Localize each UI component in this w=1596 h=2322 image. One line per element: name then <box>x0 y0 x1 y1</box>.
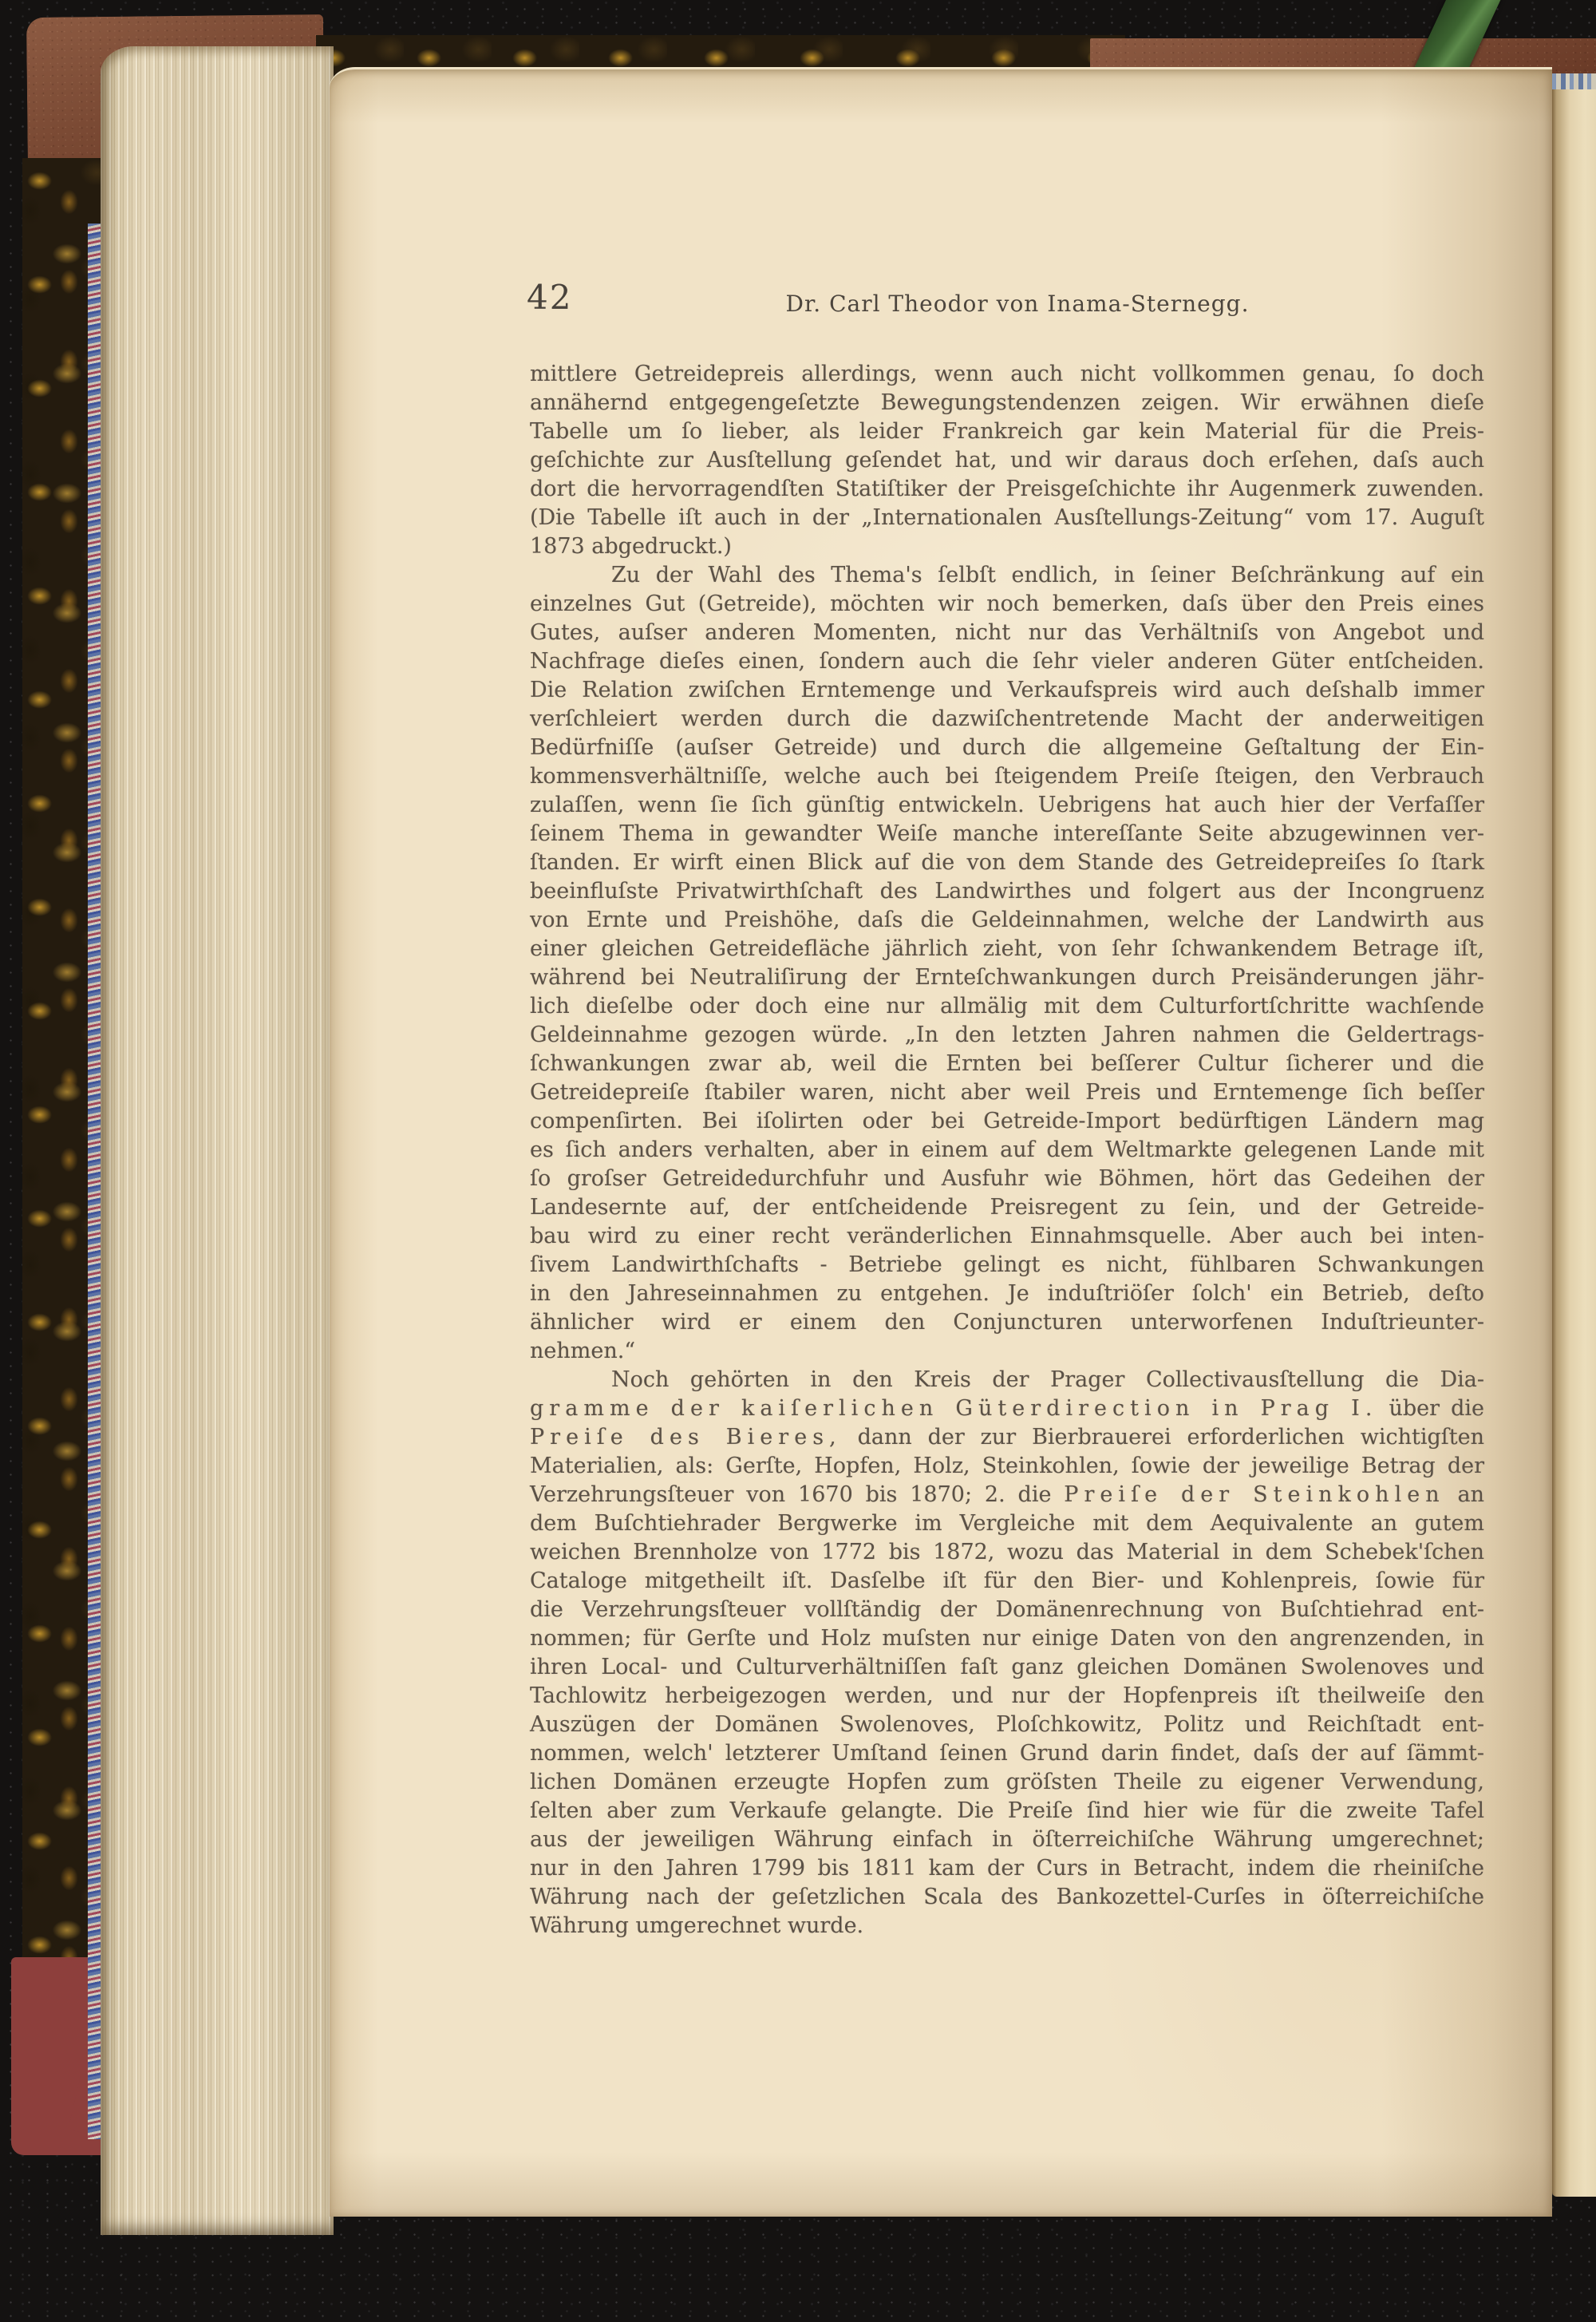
text-line: geſchichte zur Ausſtellung geſendet hat,… <box>530 446 1484 475</box>
text-line: Preiſe des Bieres, dann der zur Bierbrau… <box>530 1423 1484 1452</box>
text-line: weichen Brennholze von 1772 bis 1872, wo… <box>530 1538 1484 1567</box>
body-text: mittlere Getreidepreis allerdings, wenn … <box>530 360 1484 1940</box>
text-line: ähnlicher wird er einem den Conjuncturen… <box>530 1308 1484 1337</box>
text-line: Währung umgerechnet wurde. <box>530 1912 1484 1940</box>
text-line: Cataloge mitgetheilt iſt. Dasſelbe iſt f… <box>530 1567 1484 1596</box>
text-line: compenſirten. Bei iſolirten oder bei Get… <box>530 1107 1484 1136</box>
text-line: nommen; für Gerſte und Holz muſsten nur … <box>530 1624 1484 1653</box>
text-line: 1873 abgedruckt.) <box>530 532 1484 561</box>
text-line: aus der jeweiligen Währung einfach in öſ… <box>530 1826 1484 1854</box>
text-line: ſo groſser Getreidedurchfuhr und Ausfuhr… <box>530 1165 1484 1193</box>
text-segment: dann der zur Bierbrauerei erforderlichen… <box>842 1425 1484 1450</box>
text-line: zulaſſen, wenn ſie ſich günſtig entwicke… <box>530 791 1484 820</box>
text-line: dem Buſchtiehrader Bergwerke im Vergleic… <box>530 1509 1484 1538</box>
text-line: Auszügen der Domänen Swolenoves, Ploſchk… <box>530 1711 1484 1739</box>
text-line: ihren Local- und Culturverhältniſſen faſ… <box>530 1653 1484 1682</box>
text-line: nehmen.“ <box>530 1337 1484 1366</box>
text-line: kommensverhältniſſe, welche auch bei ſte… <box>530 762 1484 791</box>
text-line: einzelnes Gut (Getreide), möchten wir no… <box>530 590 1484 619</box>
text-line: lichen Domänen erzeugte Hopfen zum gröſs… <box>530 1768 1484 1797</box>
text-line: Währung nach der geſetzlichen Scala des … <box>530 1883 1484 1912</box>
running-header: Dr. Carl Theodor von Inama-Sternegg. <box>525 291 1483 317</box>
text-line: Geldeinnahme gezogen würde. „In den letz… <box>530 1021 1484 1050</box>
text-line: Tabelle um ſo lieber, als leider Frankre… <box>530 417 1484 446</box>
text-line: in den Jahreseinnahmen zu entgehen. Je i… <box>530 1280 1484 1308</box>
text-line: bau wird zu einer recht veränderlichen E… <box>530 1222 1484 1251</box>
text-segment: an <box>1445 1482 1484 1507</box>
text-line: Zu der Wahl des Thema's ſelbſt endlich, … <box>530 561 1484 590</box>
text-line: Bedürfniſſe (auſser Getreide) und durch … <box>530 734 1484 762</box>
text-line: Verzehrungsſteuer von 1670 bis 1870; 2. … <box>530 1481 1484 1509</box>
text-segment: über die <box>1377 1396 1484 1421</box>
text-line: beeinfluſste Privatwirthſchaft des Landw… <box>530 877 1484 906</box>
emphasized-spaced-text: Preiſe des Bieres, <box>530 1425 842 1450</box>
emphasized-spaced-text: gramme der kaiſerlichen Güterdirection i… <box>530 1396 1377 1421</box>
text-line: während bei Neutraliſirung der Ernteſchw… <box>530 963 1484 992</box>
text-line: gramme der kaiſerlichen Güterdirection i… <box>530 1394 1484 1423</box>
text-line: die Verzehrungsſteuer vollſtändig der Do… <box>530 1596 1484 1624</box>
text-line: nommen, welch' letzterer Umſtand ſeinen … <box>530 1739 1484 1768</box>
text-line: ſchwankungen zwar ab, weil die Ernten be… <box>530 1050 1484 1078</box>
text-line: Die Relation zwiſchen Erntemenge und Ver… <box>530 676 1484 705</box>
text-line: mittlere Getreidepreis allerdings, wenn … <box>530 360 1484 389</box>
text-line: Gutes, auſser anderen Momenten, nicht nu… <box>530 619 1484 647</box>
text-line: Nachfrage dieſes einen, ſondern auch die… <box>530 647 1484 676</box>
text-segment: Verzehrungsſteuer von 1670 bis 1870; 2. … <box>530 1482 1064 1507</box>
text-line: ſelten aber zum Verkaufe gelangte. Die P… <box>530 1797 1484 1826</box>
text-line: annähernd entgegengeſetzte Bewegungstend… <box>530 389 1484 417</box>
text-line: Landesernte auf, der entſcheidende Preis… <box>530 1193 1484 1222</box>
text-line: es ſich anders verhalten, aber in einem … <box>530 1136 1484 1165</box>
text-line: verſchleiert werden durch die dazwiſchen… <box>530 705 1484 734</box>
text-line: (Die Tabelle iſt auch in der „Internatio… <box>530 504 1484 532</box>
text-line: ſtanden. Er wirft einen Blick auf die vo… <box>530 848 1484 877</box>
text-line: einer gleichen Getreidefläche jährlich z… <box>530 935 1484 963</box>
page-stack-fore-edge <box>101 46 334 2235</box>
text-line: Materialien, als: Gerſte, Hopfen, Holz, … <box>530 1452 1484 1481</box>
text-line: dort die hervorragendſten Statiſtiker de… <box>530 475 1484 504</box>
text-line: nur in den Jahren 1799 bis 1811 kam der … <box>530 1854 1484 1883</box>
text-line: Tachlowitz herbeigezogen werden, und nur… <box>530 1682 1484 1711</box>
text-line: Noch gehörten in den Kreis der Prager Co… <box>530 1366 1484 1394</box>
text-line: ſeinem Thema in gewandter Weiſe manche i… <box>530 820 1484 848</box>
emphasized-spaced-text: Preiſe der Steinkohlen <box>1064 1482 1444 1507</box>
text-line: von Ernte und Preishöhe, daſs die Geldei… <box>530 906 1484 935</box>
text-line: lich dieſelbe oder doch eine nur allmäli… <box>530 992 1484 1021</box>
facing-page-sliver <box>1552 89 1596 2197</box>
text-line: Getreidepreiſe ſtabiler waren, nicht abe… <box>530 1078 1484 1107</box>
text-line: ſivem Landwirthſchafts - Betriebe geling… <box>530 1251 1484 1280</box>
